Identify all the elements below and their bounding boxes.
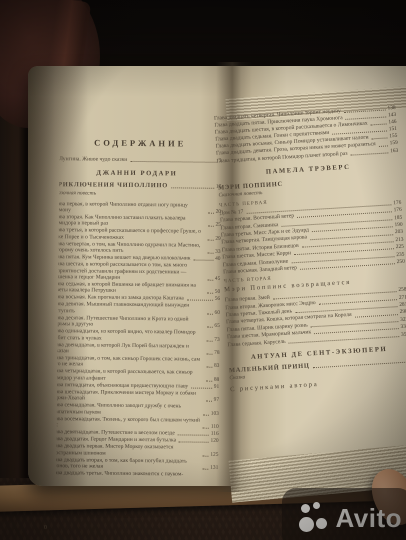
- avito-logo-icon: [301, 502, 331, 534]
- book-photo: СОДЕРЖАНИЕ Л. Лунгина. Живое чудо сказки…: [0, 0, 406, 540]
- avito-watermark: Avito: [282, 488, 406, 540]
- page-shading: [28, 66, 406, 486]
- avito-watermark-label: Avito: [335, 503, 402, 534]
- page-folio: 0: [44, 525, 47, 531]
- open-book: СОДЕРЖАНИЕ Л. Лунгина. Живое чудо сказки…: [20, 52, 406, 498]
- photo-scene: СОДЕРЖАНИЕ Л. Лунгина. Живое чудо сказки…: [0, 0, 406, 540]
